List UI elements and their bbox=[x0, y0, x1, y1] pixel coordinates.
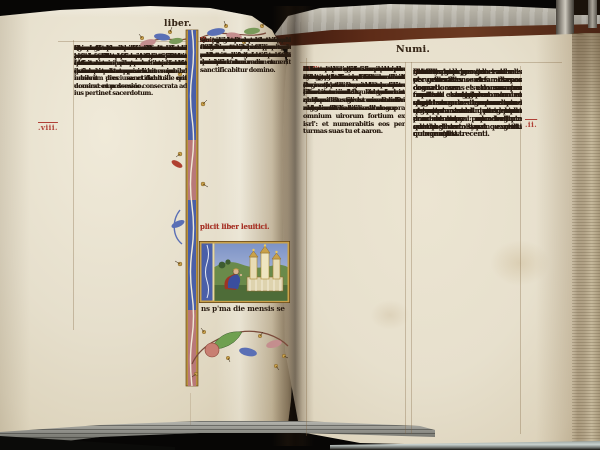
fore-edge-page-stack bbox=[572, 33, 600, 448]
text-column-4: gauerunt primo die mensis secundi recens… bbox=[413, 68, 522, 340]
text-column-1: uino. Quod si uoluerit redimere agrum il… bbox=[74, 45, 187, 309]
text-column-3: anno altero egressionis eorum de egypto … bbox=[303, 66, 405, 332]
historiated-initial-miniature bbox=[199, 241, 290, 303]
manuscript-photo: liber. Numi. .viii. .ii. uino. Quod si u… bbox=[0, 0, 600, 450]
text-line-below-miniature: ns p'ma die mensis se bbox=[201, 304, 291, 313]
running-header-left: liber. bbox=[164, 19, 192, 29]
running-header-right: Numi. bbox=[396, 44, 430, 55]
display-stand-rod bbox=[588, 0, 597, 28]
text-column-2: ue ager non uendetur nec redimi poterit.… bbox=[200, 37, 291, 214]
explicit-rubric: plicit liber leuitici. bbox=[200, 222, 291, 231]
chapter-numeral-left-margin: .viii. bbox=[38, 123, 58, 132]
chapter-numeral-right-margin: .ii. bbox=[525, 120, 537, 129]
